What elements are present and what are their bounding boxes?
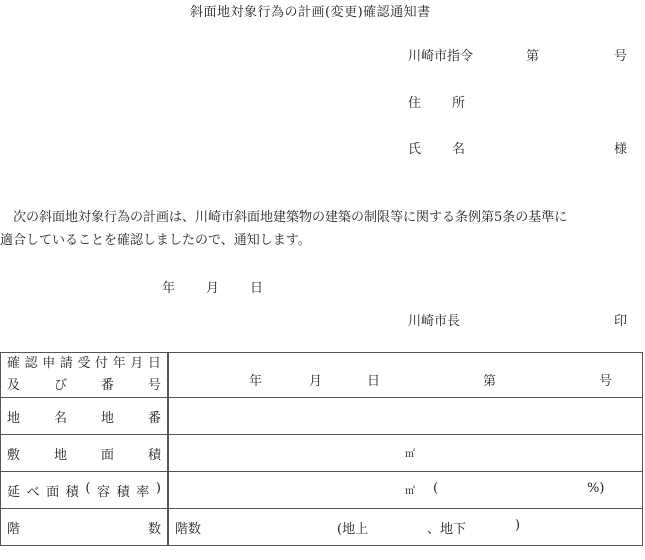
- label-char: 敷: [7, 444, 20, 463]
- label-char: べ: [27, 481, 40, 500]
- label-char: 年: [113, 353, 126, 375]
- value-floors[interactable]: 階数 (地上 、地下 ): [168, 509, 643, 546]
- floors-below: 、地下: [427, 518, 466, 537]
- label-char: 確: [7, 353, 20, 375]
- value-site-area[interactable]: ㎡: [168, 435, 643, 472]
- label-char: 日: [148, 353, 161, 375]
- value-floor-area[interactable]: ㎡ ( %): [168, 472, 643, 509]
- value-lot-number[interactable]: [168, 398, 643, 435]
- label-char: 受: [77, 353, 90, 375]
- notice-number-prefix: 川崎市指令: [408, 45, 473, 64]
- label-char: 率: [136, 481, 149, 500]
- label-char: 容: [97, 481, 110, 500]
- label-char: 階: [7, 518, 20, 537]
- unit-sqm: ㎡: [405, 482, 415, 497]
- floors-close: ): [515, 518, 520, 533]
- label-char: 名: [54, 407, 67, 426]
- label-char: 延: [7, 481, 20, 500]
- label-char: 請: [60, 353, 73, 375]
- notice-number-go: 号: [614, 45, 627, 64]
- notice-number-dai: 第: [526, 45, 539, 64]
- body-line-1: 次の斜面地対象行為の計画は、川崎市斜面地建築物の建築の制限等に関する条例第5条の…: [0, 206, 645, 229]
- label-char: 番: [148, 407, 161, 426]
- table-row-receipt: 確 認 申 請 受 付 年 月 日 及 び 番 号 年 月 日 第 号: [1, 353, 643, 398]
- label-char: び: [54, 375, 67, 397]
- address-label-1: 住: [408, 92, 421, 111]
- label-floors: 階 数: [1, 509, 169, 546]
- receipt-month: 月: [309, 370, 322, 389]
- label-char: 申: [42, 353, 55, 375]
- label-char: 及: [7, 375, 20, 397]
- name-suffix: 様: [614, 138, 627, 157]
- label-char: 数: [148, 518, 161, 537]
- label-site-area: 敷 地 面 積: [1, 435, 169, 472]
- label-char: ): [156, 481, 161, 500]
- address-label-2: 所: [452, 92, 465, 111]
- name-label-1: 氏: [408, 138, 421, 157]
- label-floor-area: 延 べ 面 積 ( 容 積 率 ): [1, 472, 169, 509]
- receipt-day: 日: [367, 370, 380, 389]
- label-char: (: [85, 481, 90, 500]
- ratio-open-paren: (: [433, 481, 438, 496]
- ratio-percent: %): [587, 481, 604, 496]
- floors-above: (地上: [337, 518, 368, 537]
- body-paragraph: 次の斜面地対象行為の計画は、川崎市斜面地建築物の建築の制限等に関する条例第5条の…: [0, 206, 645, 252]
- label-char: 積: [148, 444, 161, 463]
- label-char: 付: [95, 353, 108, 375]
- floors-prefix: 階数: [175, 518, 201, 537]
- label-char: 地: [101, 407, 114, 426]
- label-char: 認: [25, 353, 38, 375]
- label-char: 積: [117, 481, 130, 500]
- label-receipt-date-number: 確 認 申 請 受 付 年 月 日 及 び 番 号: [1, 353, 169, 398]
- table-row-lot: 地 名 地 番: [1, 398, 643, 435]
- issuer-name: 川崎市長: [408, 310, 460, 329]
- table-row-site-area: 敷 地 面 積 ㎡: [1, 435, 643, 472]
- label-char: 号: [148, 375, 161, 397]
- receipt-go: 号: [599, 370, 612, 389]
- date-day: 日: [250, 277, 263, 296]
- date-year: 年: [162, 277, 175, 296]
- date-month: 月: [206, 277, 219, 296]
- value-receipt-date-number[interactable]: 年 月 日 第 号: [168, 353, 643, 398]
- label-char: 積: [66, 481, 79, 500]
- label-char: 月: [130, 353, 143, 375]
- details-table: 確 認 申 請 受 付 年 月 日 及 び 番 号 年 月 日 第 号: [0, 352, 643, 546]
- label-char: 番: [101, 375, 114, 397]
- issuer-seal: 印: [614, 310, 627, 329]
- name-label-2: 名: [452, 138, 465, 157]
- label-char: 面: [101, 444, 114, 463]
- unit-sqm: ㎡: [405, 445, 415, 460]
- receipt-year: 年: [249, 370, 262, 389]
- label-char: 面: [46, 481, 59, 500]
- label-lot-number: 地 名 地 番: [1, 398, 169, 435]
- receipt-dai: 第: [483, 370, 496, 389]
- table-row-floor-area: 延 べ 面 積 ( 容 積 率 ) ㎡ ( %): [1, 472, 643, 509]
- document-title: 斜面地対象行為の計画(変更)確認通知書: [190, 1, 431, 20]
- table-row-floors: 階 数 階数 (地上 、地下 ): [1, 509, 643, 546]
- label-char: 地: [54, 444, 67, 463]
- label-char: 地: [7, 407, 20, 426]
- body-line-2: 適合していることを確認しましたので、通知します。: [0, 229, 645, 252]
